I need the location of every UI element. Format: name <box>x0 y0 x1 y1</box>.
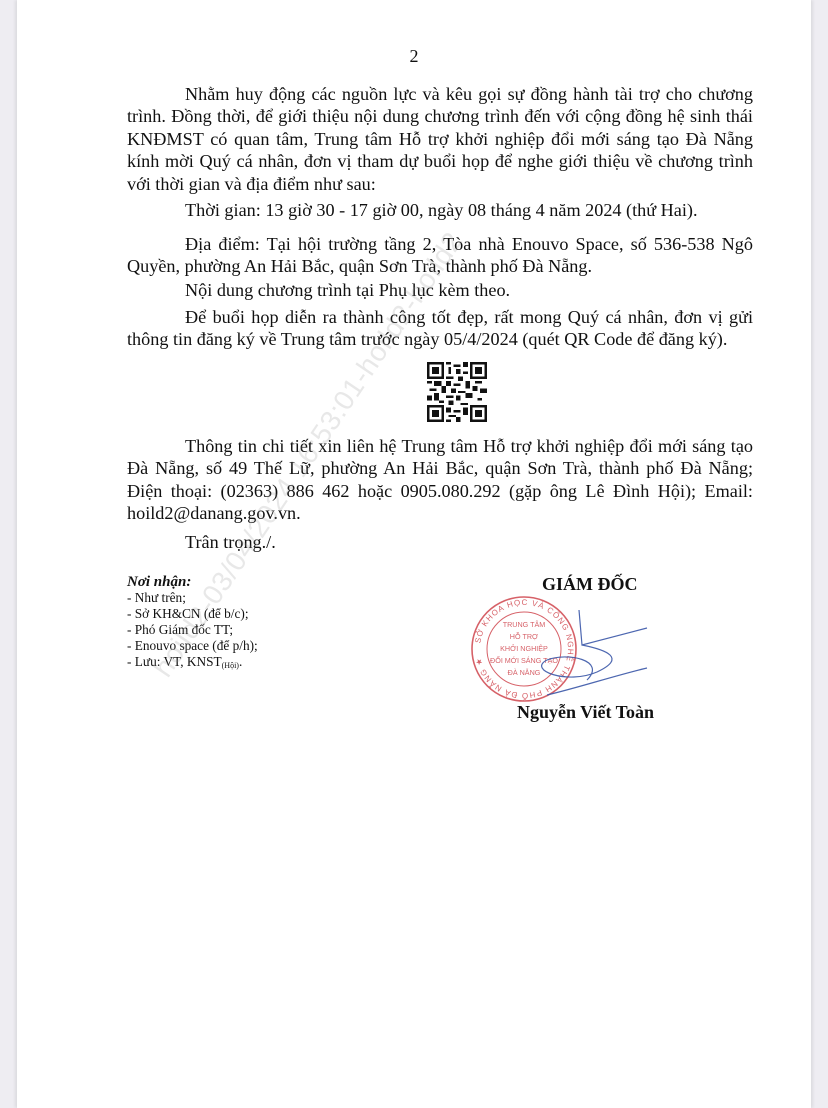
intro-paragraph: Nhằm huy động các nguồn lực và kêu gọi s… <box>127 83 753 195</box>
document-page: 2 Nhằm huy động các nguồn lực và kêu gọi… <box>17 0 811 1108</box>
intro-text: Nhằm huy động các nguồn lực và kêu gọi s… <box>127 83 753 195</box>
handwritten-signature-icon <box>487 600 657 710</box>
page-number: 2 <box>17 46 811 67</box>
meeting-time: Thời gian: 13 giờ 30 - 17 giờ 00, ngày 0… <box>127 200 753 221</box>
signer-title: GIÁM ĐỐC <box>542 574 638 595</box>
qr-code-icon[interactable] <box>427 362 487 422</box>
registration-note: Để buổi họp diễn ra thành công tốt đẹp, … <box>127 306 753 351</box>
contact-info: Thông tin chi tiết xin liên hệ Trung tâm… <box>127 435 753 525</box>
signer-name: Nguyễn Viết Toàn <box>517 702 654 723</box>
recipient-suffix: (Hội) <box>222 661 239 670</box>
